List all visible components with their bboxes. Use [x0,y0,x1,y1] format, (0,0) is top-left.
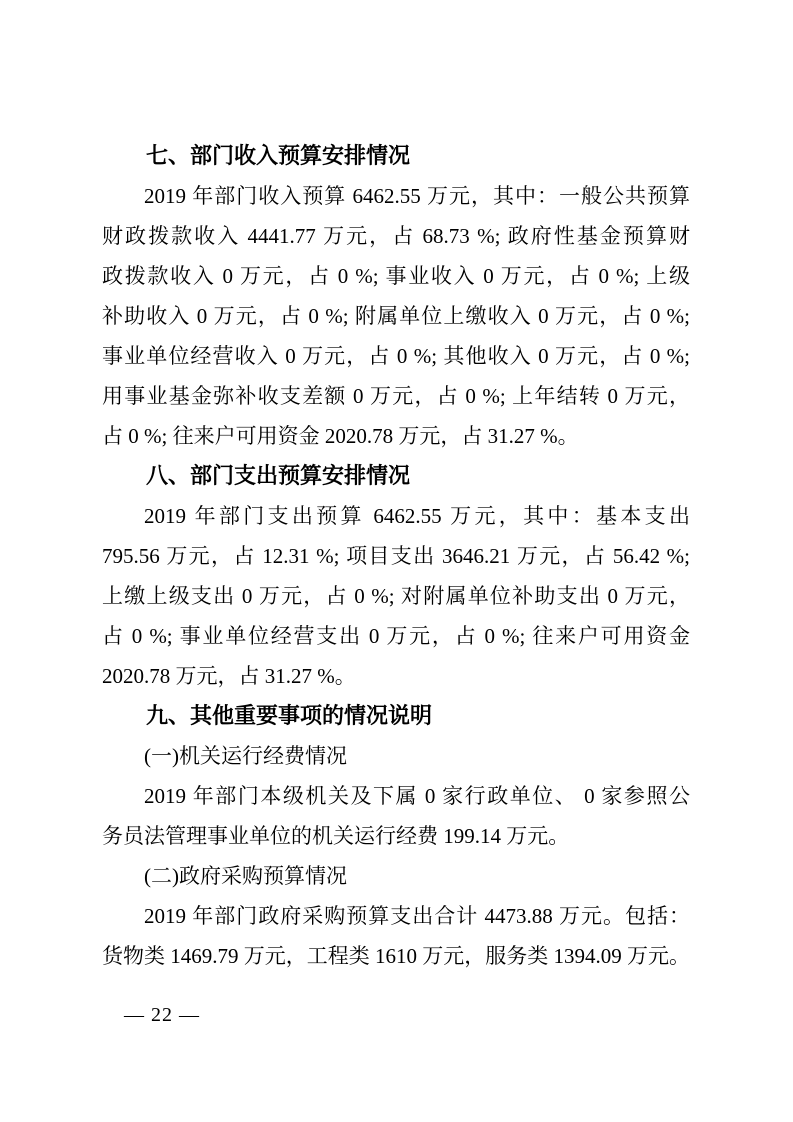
section-heading: 七、部门收入预算安排情况 [102,136,690,176]
paragraph-line: 用事业基金弥补收支差额 0 万元，占 0 %; 上年结转 0 万元， [102,376,690,416]
page-number-footer: — 22 — [124,1000,200,1030]
section-heading: 八、部门支出预算安排情况 [102,456,690,496]
paragraph-line: 2020.78 万元，占 31.27 %。 [102,656,690,696]
paragraph-line: 事业单位经营收入 0 万元，占 0 %; 其他收入 0 万元，占 0 %; [102,336,690,376]
document-page: 七、部门收入预算安排情况2019 年部门收入预算 6462.55 万元，其中：一… [0,0,793,1122]
paragraph-line: 政拨款收入 0 万元，占 0 %; 事业收入 0 万元，占 0 %; 上级 [102,256,690,296]
paragraph-line: 财政拨款收入 4441.77 万元，占 68.73 %; 政府性基金预算财 [102,216,690,256]
section-heading: 九、其他重要事项的情况说明 [102,696,690,736]
paragraph-line: 占 0 %; 往来户可用资金 2020.78 万元，占 31.27 %。 [102,416,690,456]
paragraph-line: 2019 年部门政府采购预算支出合计 4473.88 万元。包括： [102,896,690,936]
document-content: 七、部门收入预算安排情况2019 年部门收入预算 6462.55 万元，其中：一… [102,136,690,976]
sub-heading: (一)机关运行经费情况 [102,736,690,776]
sub-heading: (二)政府采购预算情况 [102,856,690,896]
paragraph-line: 上缴上级支出 0 万元，占 0 %; 对附属单位补助支出 0 万元， [102,576,690,616]
paragraph-line: 2019 年部门本级机关及下属 0 家行政单位、 0 家参照公 [102,776,690,816]
paragraph-line: 2019 年部门支出预算 6462.55 万元，其中：基本支出 [102,496,690,536]
paragraph-line: 795.56 万元，占 12.31 %; 项目支出 3646.21 万元，占 5… [102,536,690,576]
paragraph-line: 务员法管理事业单位的机关运行经费 199.14 万元。 [102,816,690,856]
paragraph-line: 货物类 1469.79 万元，工程类 1610 万元，服务类 1394.09 万… [102,936,690,976]
paragraph-line: 占 0 %; 事业单位经营支出 0 万元，占 0 %; 往来户可用资金 [102,616,690,656]
paragraph-line: 2019 年部门收入预算 6462.55 万元，其中：一般公共预算 [102,176,690,216]
paragraph-line: 补助收入 0 万元，占 0 %; 附属单位上缴收入 0 万元，占 0 %; [102,296,690,336]
